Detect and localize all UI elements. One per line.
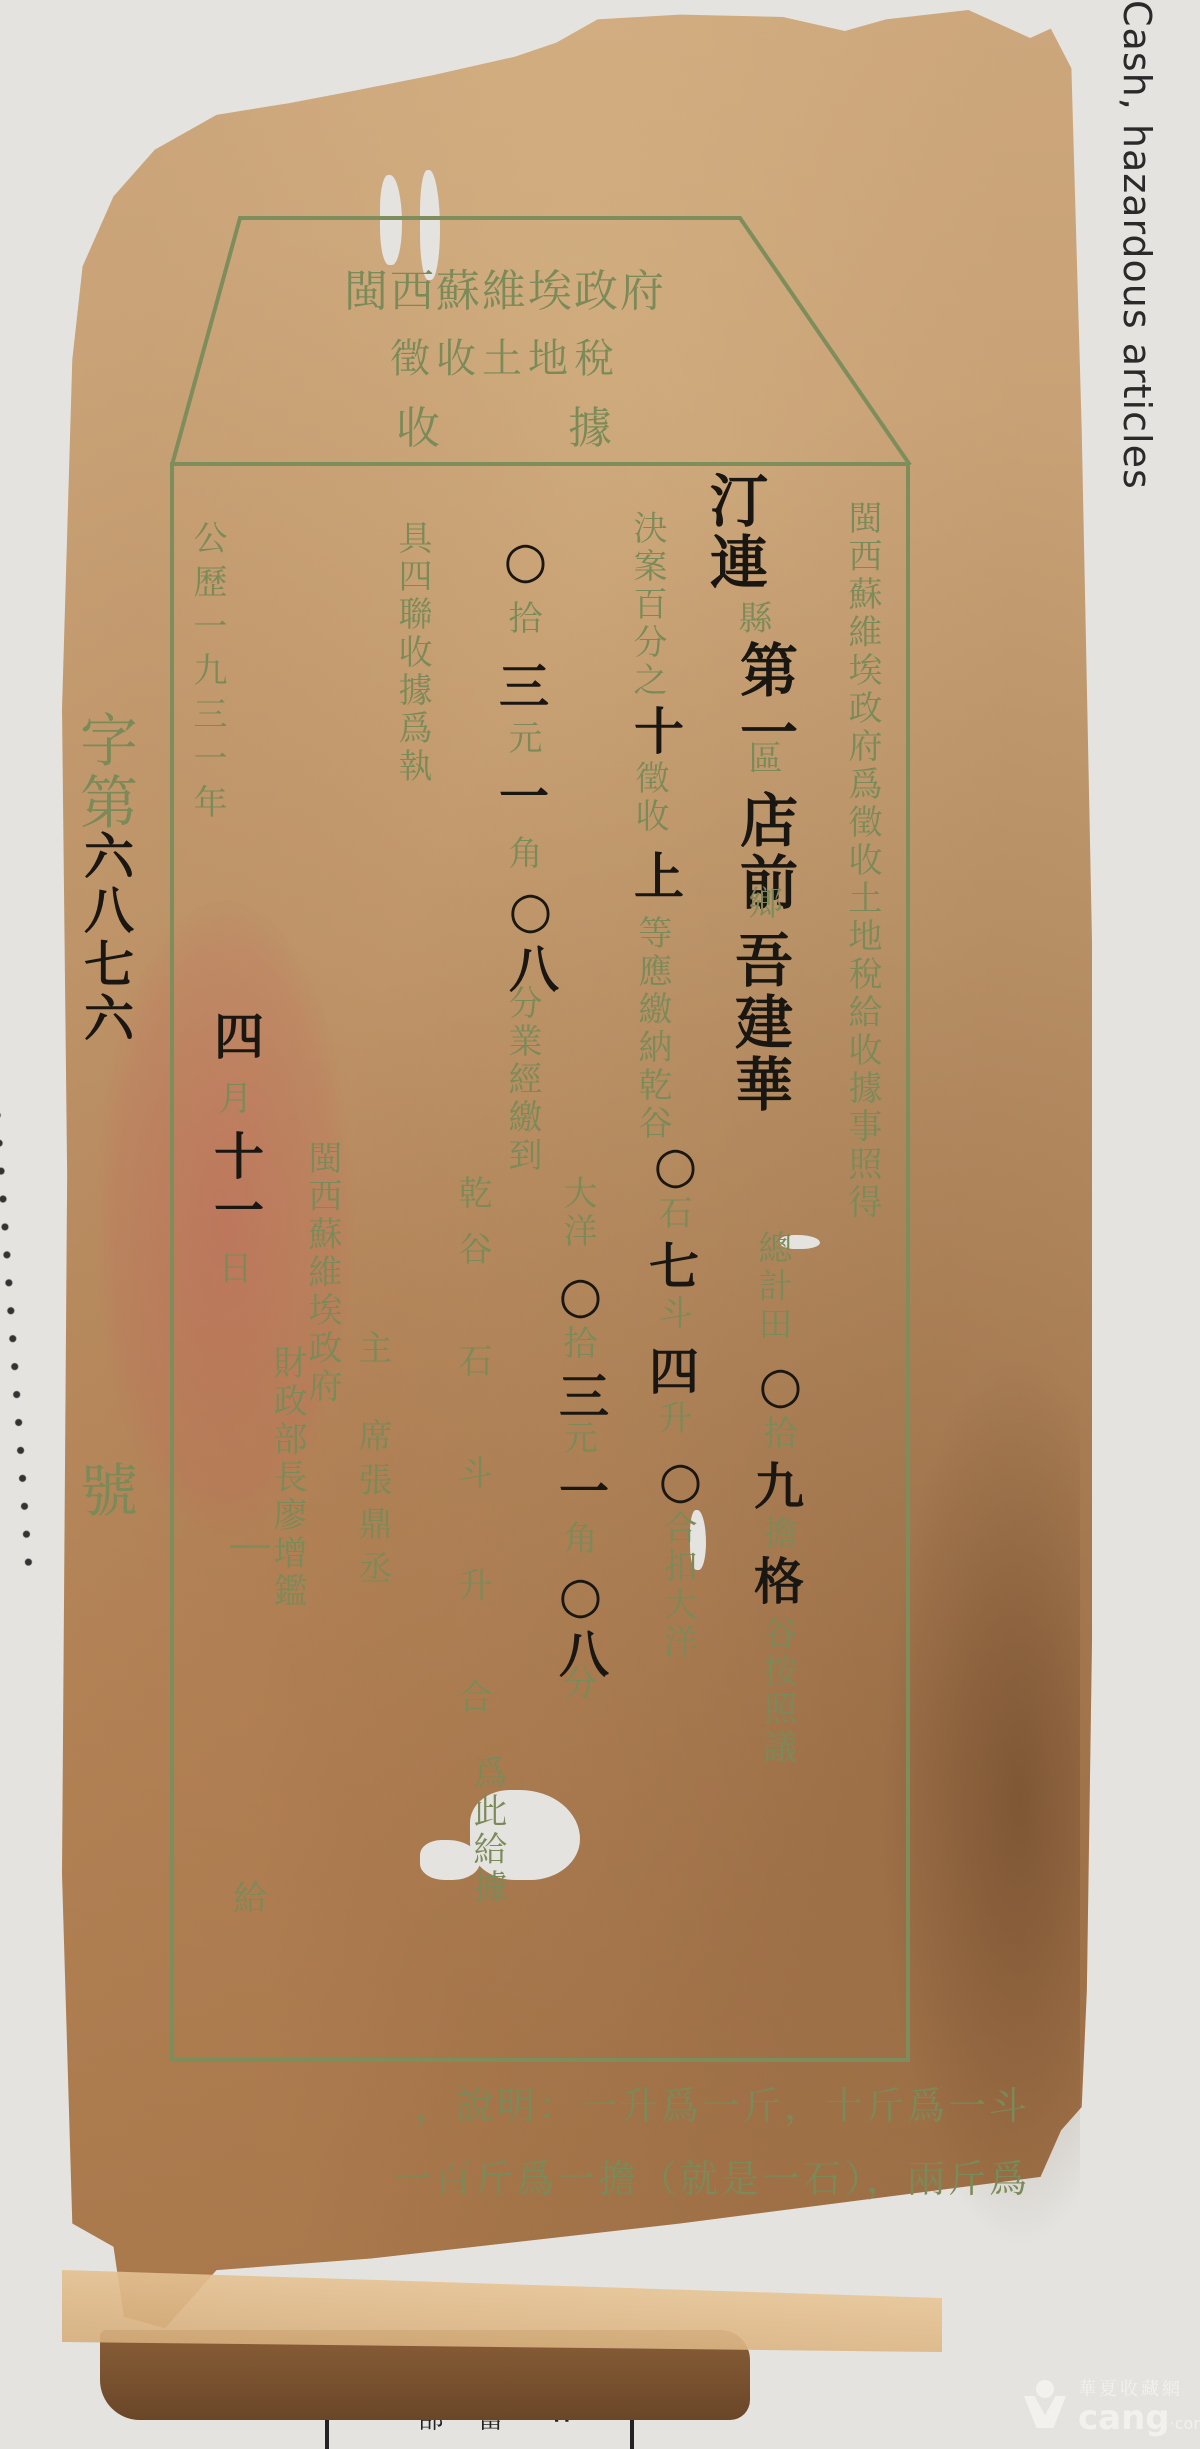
serial-suffix: 號 bbox=[75, 1460, 133, 1522]
signatory-chairman: 主 席張鼎丞 bbox=[355, 1330, 389, 1594]
site-watermark: 華夏收藏網 cang·com bbox=[1020, 2375, 1200, 2435]
label-grain-shi: 石 bbox=[655, 1195, 689, 1233]
label-paid-shi: 拾 bbox=[560, 1325, 594, 1363]
title-issuer: 閩西蘇維埃政府 bbox=[330, 255, 680, 319]
title-subject: 徵收土地稅 bbox=[330, 327, 680, 384]
cang-logo-icon bbox=[1020, 2380, 1070, 2430]
label-village: 鄉 bbox=[745, 885, 779, 923]
receipt-title: 閩西蘇維埃政府 徵收土地稅 收 據 bbox=[330, 255, 680, 456]
label-per-resolution: 谷按照議 bbox=[760, 1615, 794, 1767]
handwritten-grain-shi: ○ bbox=[650, 1135, 700, 1198]
handwritten-serial-number: 六八七六 bbox=[80, 830, 130, 1046]
signatory-government: 閩西蘇維埃政府 bbox=[305, 1140, 339, 1406]
watermark-latin: cang·com bbox=[1078, 2401, 1200, 2435]
label-levy: 徵收 bbox=[632, 760, 666, 836]
label-total-fields: 總計田 bbox=[755, 1230, 789, 1344]
label-grain-dou: 斗 bbox=[655, 1295, 689, 1333]
label-silver-jiao: 角 bbox=[505, 835, 539, 873]
serial-prefix: 字第 bbox=[75, 710, 133, 834]
label-dan: 擔 bbox=[760, 1515, 794, 1553]
title-receipt: 收 據 bbox=[330, 392, 680, 456]
handwritten-fields-remark: 格 bbox=[750, 1555, 800, 1609]
label-county: 縣 bbox=[735, 600, 769, 638]
title-char: 收 bbox=[396, 403, 442, 454]
label-silver-dollars: 大洋 bbox=[560, 1175, 594, 1251]
handwritten-grain-dou: 七 bbox=[645, 1240, 695, 1294]
label-issued: 給 bbox=[230, 1880, 264, 1918]
signatory-finance-minister: 財政部長廖增鑑 bbox=[270, 1345, 304, 1611]
handwritten-tax-rate: 十 bbox=[630, 705, 680, 759]
label-grain-due: 等應繳納乾谷 bbox=[635, 915, 669, 1143]
handwritten-grain-ge: ○ bbox=[655, 1450, 705, 1513]
handwritten-paid-tens: ○ bbox=[555, 1265, 605, 1328]
footnote-line-1: 說明：一升爲一斤，十斤爲一斗， bbox=[230, 2075, 1030, 2130]
label-grain-sheng: 升 bbox=[655, 1400, 689, 1438]
date-month-label: 月 bbox=[215, 1080, 249, 1118]
handwritten-silver-units: 三 bbox=[495, 660, 545, 714]
handwritten-silver-tens: ○ bbox=[500, 530, 550, 593]
label-silver-yuan: 元 bbox=[505, 720, 539, 758]
handwritten-silver-jiao: 一 bbox=[495, 770, 545, 824]
handwritten-land-grade: 上 bbox=[630, 850, 680, 904]
label-paid-fen: 分 bbox=[560, 1665, 594, 1703]
handwritten-paid-jiao: 一 bbox=[555, 1465, 605, 1519]
label-issue-receipt: 爲此給據 bbox=[470, 1755, 504, 1907]
label-four-copies: 具四聯收據爲執 bbox=[395, 520, 429, 786]
footnote-line-2: 一百斤爲一擔（就是一石），兩斤爲 bbox=[230, 2148, 1030, 2203]
handwritten-date-month: 四 bbox=[210, 1010, 260, 1064]
handwritten-county: 汀連 bbox=[705, 470, 763, 594]
handwritten-fields-units: 九 bbox=[750, 1460, 800, 1514]
label-deduct-silver: 合扣大洋 bbox=[660, 1510, 694, 1662]
label-dry-grain-units: 乾谷 石 斗 升 合 bbox=[455, 1175, 489, 1735]
handwritten-paid-units: 三 bbox=[555, 1370, 605, 1424]
label-resolution-percent: 決案百分之 bbox=[630, 510, 664, 700]
title-char: 據 bbox=[568, 403, 614, 454]
label-paid-yuan: 元 bbox=[560, 1420, 594, 1458]
label-silver-shi: 拾 bbox=[505, 600, 539, 638]
date-day-label: 日 bbox=[215, 1250, 249, 1288]
label-paid-in: 分業經繳到 bbox=[505, 985, 539, 1175]
label-paid-jiao: 角 bbox=[560, 1520, 594, 1558]
handwritten-taxpayer-name: 吾建華 bbox=[730, 930, 788, 1116]
footnote-explanation: 說明：一升爲一斤，十斤爲一斗， 一百斤爲一擔（就是一石），兩斤爲 bbox=[230, 2075, 1030, 2203]
handwritten-silver-fen: ○八 bbox=[505, 880, 555, 997]
handwritten-fields-tens: ○ bbox=[755, 1355, 805, 1418]
label-shi: 拾 bbox=[760, 1415, 794, 1453]
handwritten-grain-sheng: 四 bbox=[645, 1345, 695, 1399]
label-district: 區 bbox=[745, 740, 779, 778]
preamble-column: 閩西蘇維埃政府爲徵收土地稅給收據事照得 bbox=[845, 500, 879, 1222]
date-year: 公歷一九三一年 bbox=[190, 520, 224, 828]
frame-tick bbox=[230, 1545, 270, 1548]
handwritten-date-day: 十一 bbox=[210, 1130, 260, 1238]
